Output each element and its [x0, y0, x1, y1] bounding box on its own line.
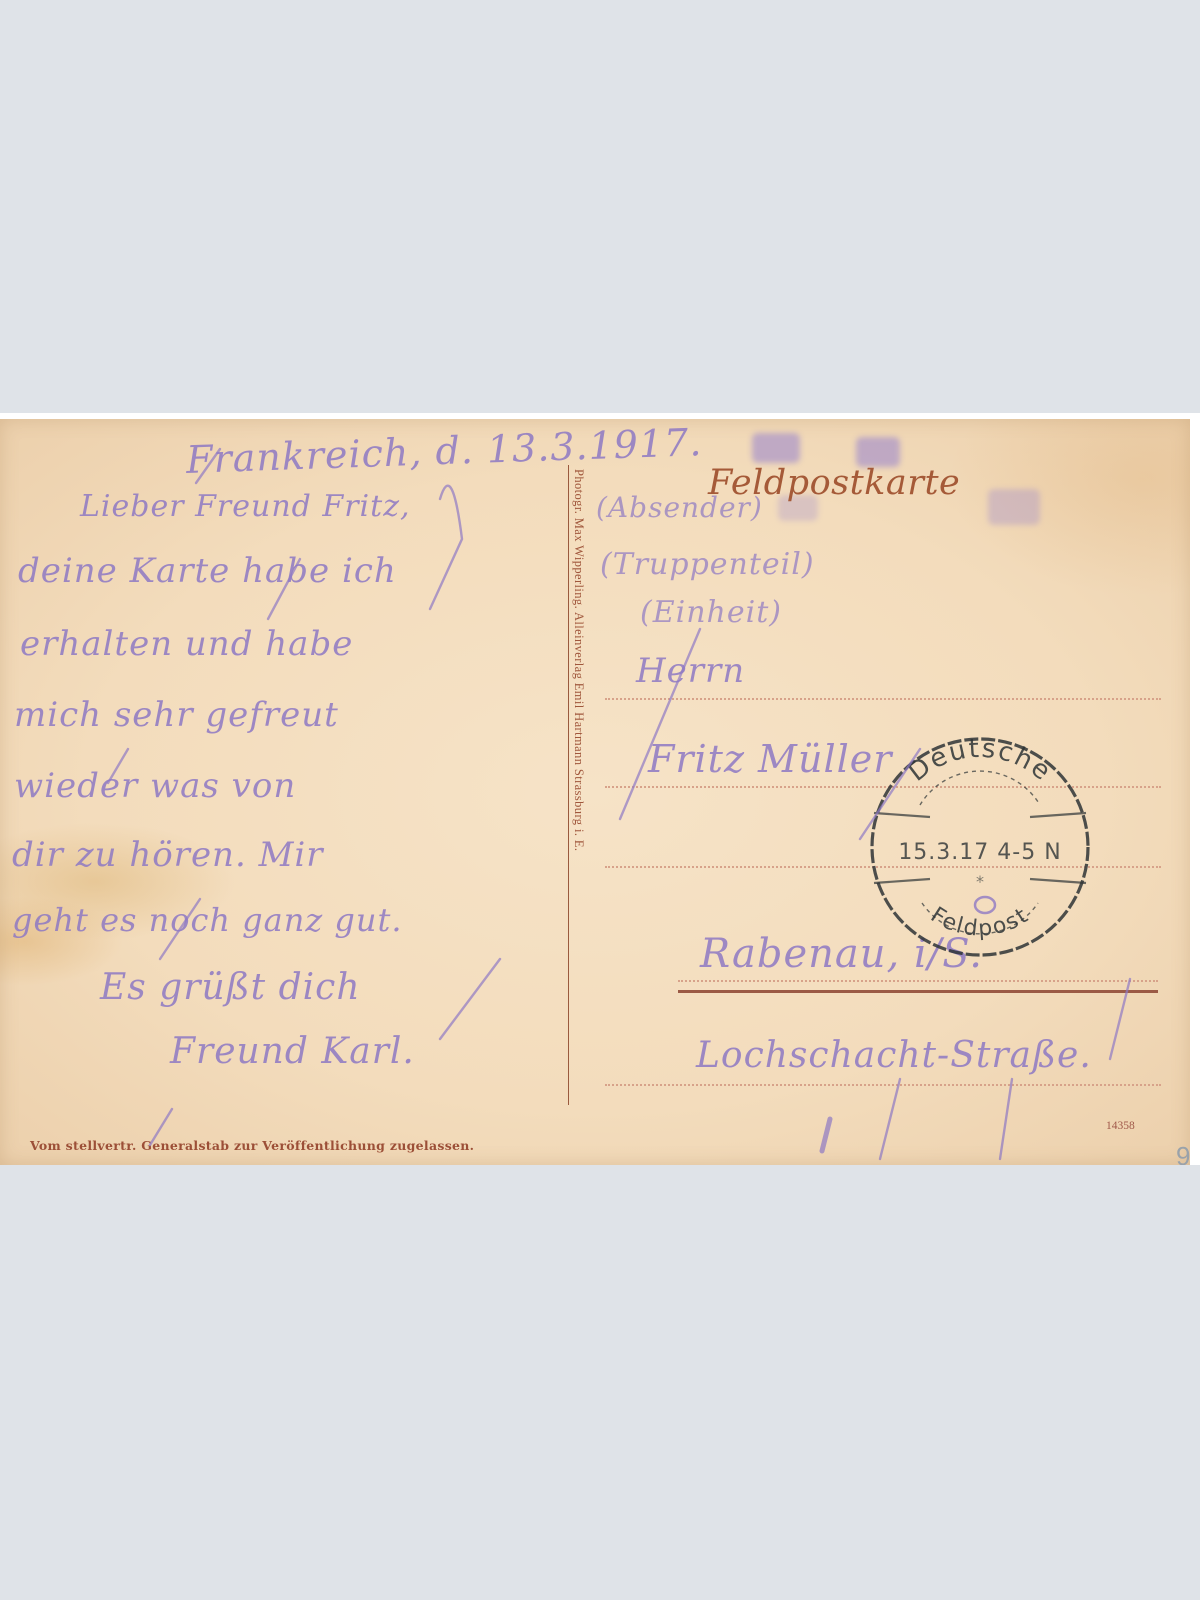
- postmark-bottom-text: Feldpost: [926, 903, 1034, 942]
- message-line: Lieber Freund Fritz,: [80, 489, 411, 524]
- svg-text:Deutsche: Deutsche: [903, 734, 1058, 788]
- pencil-number: 9: [1176, 1141, 1190, 1165]
- sender-line: (Einheit): [640, 595, 782, 630]
- serial-number: 14358: [1106, 1120, 1135, 1132]
- message-line: geht es noch ganz gut.: [12, 901, 403, 939]
- address-street: Lochschacht-Straße.: [696, 1035, 1092, 1076]
- message-signature: Freund Karl.: [170, 1031, 415, 1072]
- address-underline: [678, 990, 1158, 993]
- address-line: [605, 698, 1161, 700]
- message-line: deine Karte habe ich: [18, 551, 397, 591]
- address-line: [605, 1084, 1161, 1086]
- postmark-top-text: Deutsche: [903, 734, 1058, 788]
- postmark-date: 15.3.17 4-5 N: [898, 840, 1061, 865]
- center-divider: [568, 465, 569, 1105]
- postcard: K. B. Feldpostkarte Photogr. Max Wipperl…: [0, 419, 1190, 1165]
- unit-stamp: [988, 489, 1040, 525]
- address-salutation: Herrn: [636, 651, 745, 691]
- message-line: dir zu hören. Mir: [12, 835, 324, 875]
- svg-text:Feldpost: Feldpost: [926, 903, 1034, 942]
- message-dateline: Frankreich, d. 13.3.1917.: [185, 420, 703, 482]
- address-name: Fritz Müller: [648, 737, 892, 781]
- message-line: mich sehr gefreut: [14, 695, 339, 735]
- sender-line: (Absender): [596, 491, 763, 524]
- publisher-credit: Photogr. Max Wipperling. Alleinverlag Em…: [571, 469, 586, 1109]
- censor-notice: Vom stellvertr. Generalstab zur Veröffen…: [30, 1138, 474, 1153]
- feldpost-postmark: Deutsche Feldpost 15.3.17 4-5 N *: [860, 727, 1100, 967]
- svg-text:*: *: [976, 872, 984, 891]
- message-line: wieder was von: [14, 766, 296, 806]
- photo-background: K. B. Feldpostkarte Photogr. Max Wipperl…: [0, 0, 1200, 1600]
- message-closing: Es grüßt dich: [100, 967, 361, 1008]
- message-line: erhalten und habe: [20, 624, 353, 664]
- sender-line: (Truppenteil): [600, 547, 815, 582]
- address-line: [678, 980, 1158, 982]
- unit-stamp: [752, 433, 800, 463]
